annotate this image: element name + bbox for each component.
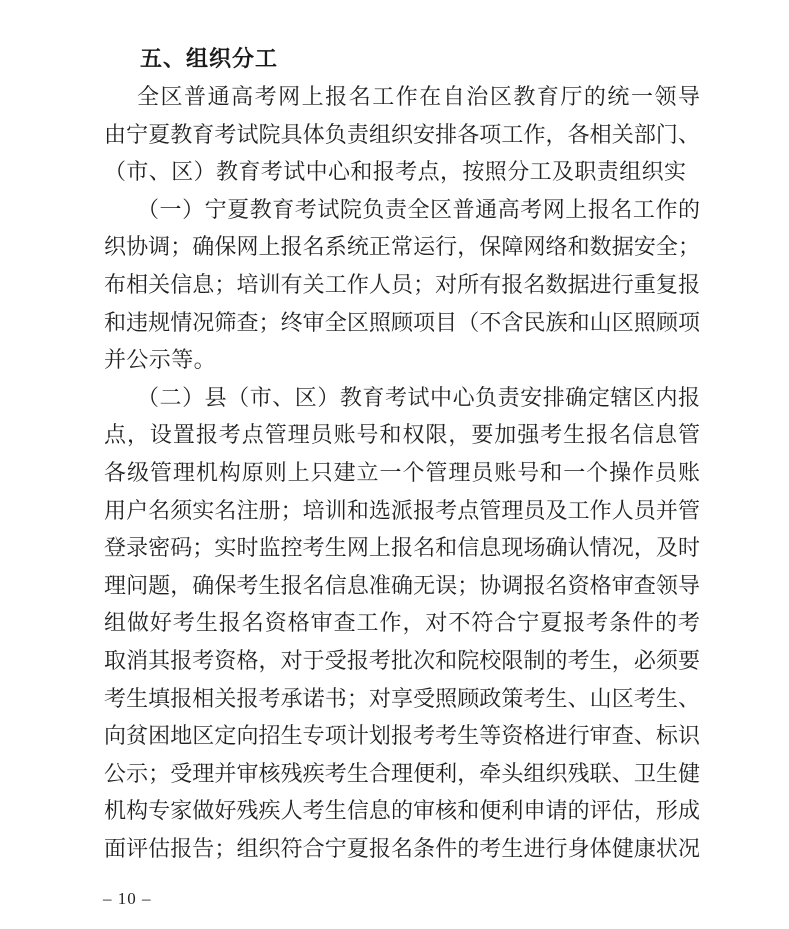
text-line: 织协调；确保网上报名系统正常运行，保障网络和数据安全；发 bbox=[104, 228, 700, 266]
text-line: 机构专家做好残疾人考生信息的审核和便利申请的评估，形成书 bbox=[104, 792, 700, 830]
text-line: 登录密码；实时监控考生网上报名和信息现场确认情况，及时处 bbox=[104, 529, 700, 567]
text-line: 和违规情况筛查；终审全区照顾项目（不含民族和山区照顾项目） bbox=[104, 304, 700, 342]
section-heading: 五、组织分工 bbox=[104, 40, 700, 78]
paragraph: （一）宁夏教育考试院负责全区普通高考网上报名工作的组织协调；确保网上报名系统正常… bbox=[104, 191, 700, 379]
text-line: 理问题，确保考生报名信息准确无误；协调报名资格审查领导小 bbox=[104, 567, 700, 605]
text-line: 各级管理机构原则上只建立一个管理员账号和一个操作员账号， bbox=[104, 454, 700, 492]
text-line: 面评估报告；组织符合宁夏报名条件的考生进行身体健康状况检 bbox=[104, 830, 700, 868]
text-line: 公示；受理并审核残疾考生合理便利，牵头组织残联、卫生健康 bbox=[104, 755, 700, 793]
paragraph: （二）县（市、区）教育考试中心负责安排确定辖区内报考点，设置报考点管理员账号和权… bbox=[104, 379, 700, 868]
text-line: （二）县（市、区）教育考试中心负责安排确定辖区内报考 bbox=[104, 379, 700, 417]
text-line: 点，设置报考点管理员账号和权限，要加强考生报名信息管理， bbox=[104, 416, 700, 454]
paragraph: 全区普通高考网上报名工作在自治区教育厅的统一领导下，由宁夏教育考试院具体负责组织… bbox=[104, 78, 700, 191]
text-line: 并公示等。 bbox=[104, 341, 700, 379]
text-line: 由宁夏教育考试院具体负责组织安排各项工作，各相关部门、县 bbox=[104, 116, 700, 154]
text-line: 用户名须实名注册；培训和选派报考点管理员及工作人员并管理 bbox=[104, 492, 700, 530]
text-line: 组做好考生报名资格审查工作，对不符合宁夏报考条件的考生， bbox=[104, 604, 700, 642]
text-line: （市、区）教育考试中心和报考点，按照分工及职责组织实施。 bbox=[104, 153, 700, 191]
text-line: 取消其报考资格，对于受报考批次和院校限制的考生，必须要求 bbox=[104, 642, 700, 680]
document-page: 五、组织分工 全区普通高考网上报名工作在自治区教育厅的统一领导下，由宁夏教育考试… bbox=[0, 0, 789, 929]
paragraphs: 全区普通高考网上报名工作在自治区教育厅的统一领导下，由宁夏教育考试院具体负责组织… bbox=[104, 78, 700, 867]
text-line: 布相关信息；培训有关工作人员；对所有报名数据进行重复报名 bbox=[104, 266, 700, 304]
text-line: （一）宁夏教育考试院负责全区普通高考网上报名工作的组 bbox=[104, 191, 700, 229]
document-body: 五、组织分工 全区普通高考网上报名工作在自治区教育厅的统一领导下，由宁夏教育考试… bbox=[104, 40, 700, 867]
page-number: – 10 – bbox=[103, 889, 152, 909]
text-line: 考生填报相关报考承诺书；对享受照顾政策考生、山区考生、面 bbox=[104, 680, 700, 718]
text-line: 向贫困地区定向招生专项计划报考考生等资格进行审查、标识和 bbox=[104, 717, 700, 755]
text-line: 全区普通高考网上报名工作在自治区教育厅的统一领导下， bbox=[104, 78, 700, 116]
